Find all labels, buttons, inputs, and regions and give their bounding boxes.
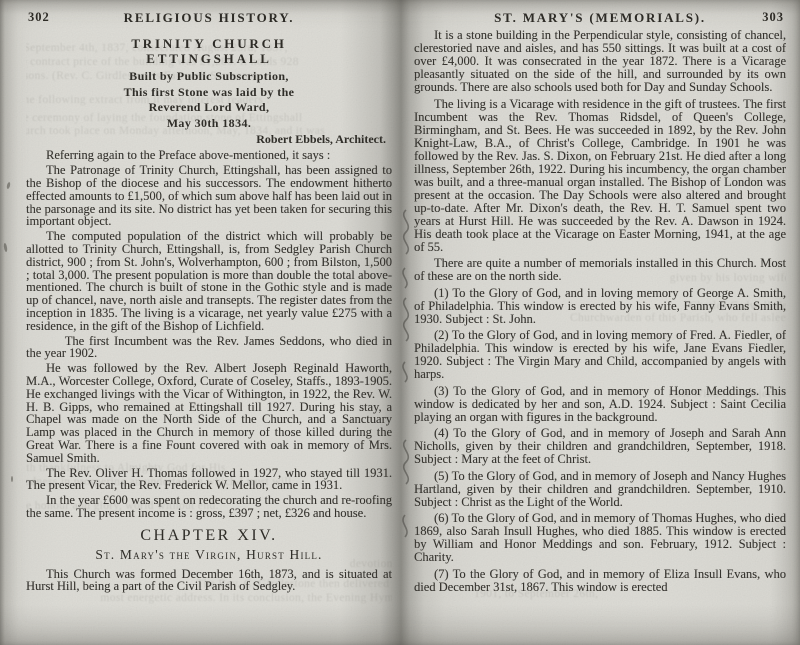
paragraph: It is a stone building in the Perpendicu… <box>414 29 786 94</box>
dedication-line: Built by Public Subscription, <box>26 69 392 85</box>
memorial-entry: (3) To the Glory of God, and in memory o… <box>414 385 786 424</box>
paragraph: This Church was formed December 16th, 18… <box>26 568 392 594</box>
memorial-entry: (2) To the Glory of God, and in loving m… <box>414 329 786 381</box>
dedication-line: This first Stone was laid by the <box>26 85 392 101</box>
scanned-book-spread: on September 4th, 1837, consecrated Augu… <box>0 0 800 645</box>
memorial-entry: (5) To the Glory of God, and in memory o… <box>414 470 786 509</box>
page-number-left: 302 <box>28 10 50 25</box>
memorial-entry: (4) To the Glory of God, and in memory o… <box>414 427 786 466</box>
dedication-lines: Built by Public Subscription, This first… <box>26 69 392 131</box>
chapter-subheading: St. Mary's the Virgin, Hurst Hill. <box>26 547 392 563</box>
running-header-left: RELIGIOUS HISTORY. <box>26 10 392 26</box>
memorial-entry: (1) To the Glory of God, and in loving m… <box>414 287 786 326</box>
scan-speck <box>3 243 8 252</box>
paragraph: The Patronage of Trinity Church, Ettings… <box>26 164 392 228</box>
right-page: given by his loving wife Charles Cadwall… <box>414 10 786 640</box>
dedication-line: Reverend Lord Ward, <box>26 100 392 116</box>
architect-credit: Robert Ebbels, Architect. <box>26 132 392 146</box>
paragraph: In the year £600 was spent on redecorati… <box>26 494 392 520</box>
left-page-header: 302 RELIGIOUS HISTORY. <box>26 10 392 27</box>
church-title-line: TRINITY CHURCH <box>26 36 392 51</box>
scan-speck <box>11 476 13 482</box>
paragraph: The first Incumbent was the Rev. James S… <box>26 335 392 361</box>
page-number-right: 303 <box>762 10 784 25</box>
memorial-entry: (6) To the Glory of God, and in memory o… <box>414 512 786 564</box>
dedication-line: May 30th 1834. <box>26 116 392 132</box>
right-page-header: ST. MARY'S (MEMORIALS). 303 <box>414 10 786 27</box>
paragraph: The computed population of the district … <box>26 230 392 332</box>
paragraph: The Rev. Oliver H. Thomas followed in 19… <box>26 467 392 493</box>
memorial-entry: (7) To the Glory of God, and in memory o… <box>414 568 786 594</box>
paragraph: He was followed by the Rev. Albert Josep… <box>26 362 392 464</box>
paragraph: There are quite a number of memorials in… <box>414 257 786 283</box>
running-header-right: ST. MARY'S (MEMORIALS). <box>414 10 786 26</box>
paragraph: The living is a Vicarage with residence … <box>414 98 786 254</box>
church-title: TRINITY CHURCH ETTINGSHALL <box>26 36 392 66</box>
showthrough-text: most energetic address. In its conclusio… <box>100 592 392 604</box>
church-title-line: ETTINGSHALL <box>26 51 392 66</box>
left-page: on September 4th, 1837, consecrated Augu… <box>26 10 392 642</box>
paragraph: Referring again to the Preface above-men… <box>26 149 392 162</box>
scan-speck <box>6 182 11 190</box>
chapter-heading: CHAPTER XIV. <box>26 527 392 545</box>
